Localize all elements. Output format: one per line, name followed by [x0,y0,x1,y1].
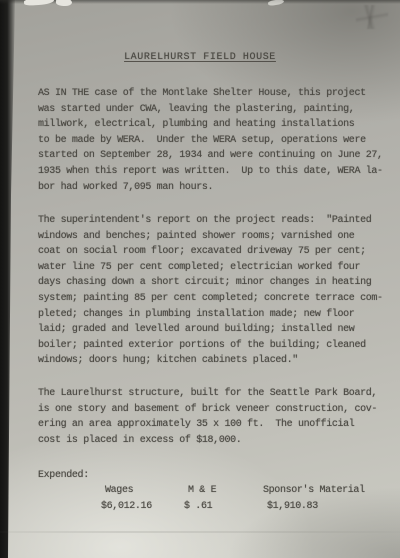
column-header-m-and-e: M & E [188,483,216,499]
torn-edge-fragment [268,0,285,6]
value-m-and-e: $ .61 [184,499,212,515]
value-sponsors-material: $1,910.83 [267,499,318,515]
pencil-mark [356,5,388,29]
expended-label: Expended: [38,468,89,484]
paragraph-superintendent-report: The superintendent's report on the proje… [38,213,390,369]
torn-edge-fragment [24,0,54,6]
scanned-page: LAURELHURST FIELD HOUSE AS IN THE case o… [0,0,400,558]
column-header-sponsors-material: Sponsor's Material [263,483,365,499]
column-header-wages: Wages [105,483,133,499]
paragraph-structure-cost: The Laurelhurst structure, built for the… [38,386,390,448]
scan-left-edge [0,0,16,558]
paragraph-intro: AS IN THE case of the Montlake Shelter H… [38,86,390,195]
document-title: LAURELHURST FIELD HOUSE [0,50,400,66]
torn-edge-fragment [56,0,73,7]
value-wages: $6,012.16 [101,499,152,515]
